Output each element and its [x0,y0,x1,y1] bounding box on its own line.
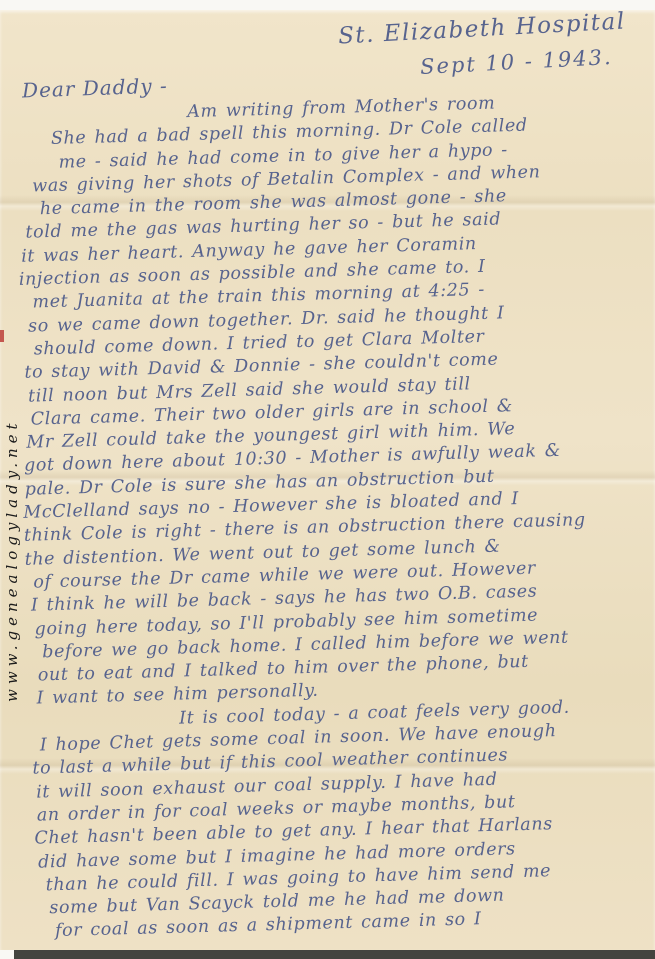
watermark: www.genealogylady.net [3,418,21,702]
scan-artifact [0,330,4,342]
letter-body: Am writing from Mother's roomShe had a b… [12,86,655,944]
letter-salutation: Dear Daddy - [22,73,168,102]
scan-edge-shadow [14,950,655,959]
scanned-letter: www.genealogylady.net St. Elizabeth Hosp… [0,0,655,959]
